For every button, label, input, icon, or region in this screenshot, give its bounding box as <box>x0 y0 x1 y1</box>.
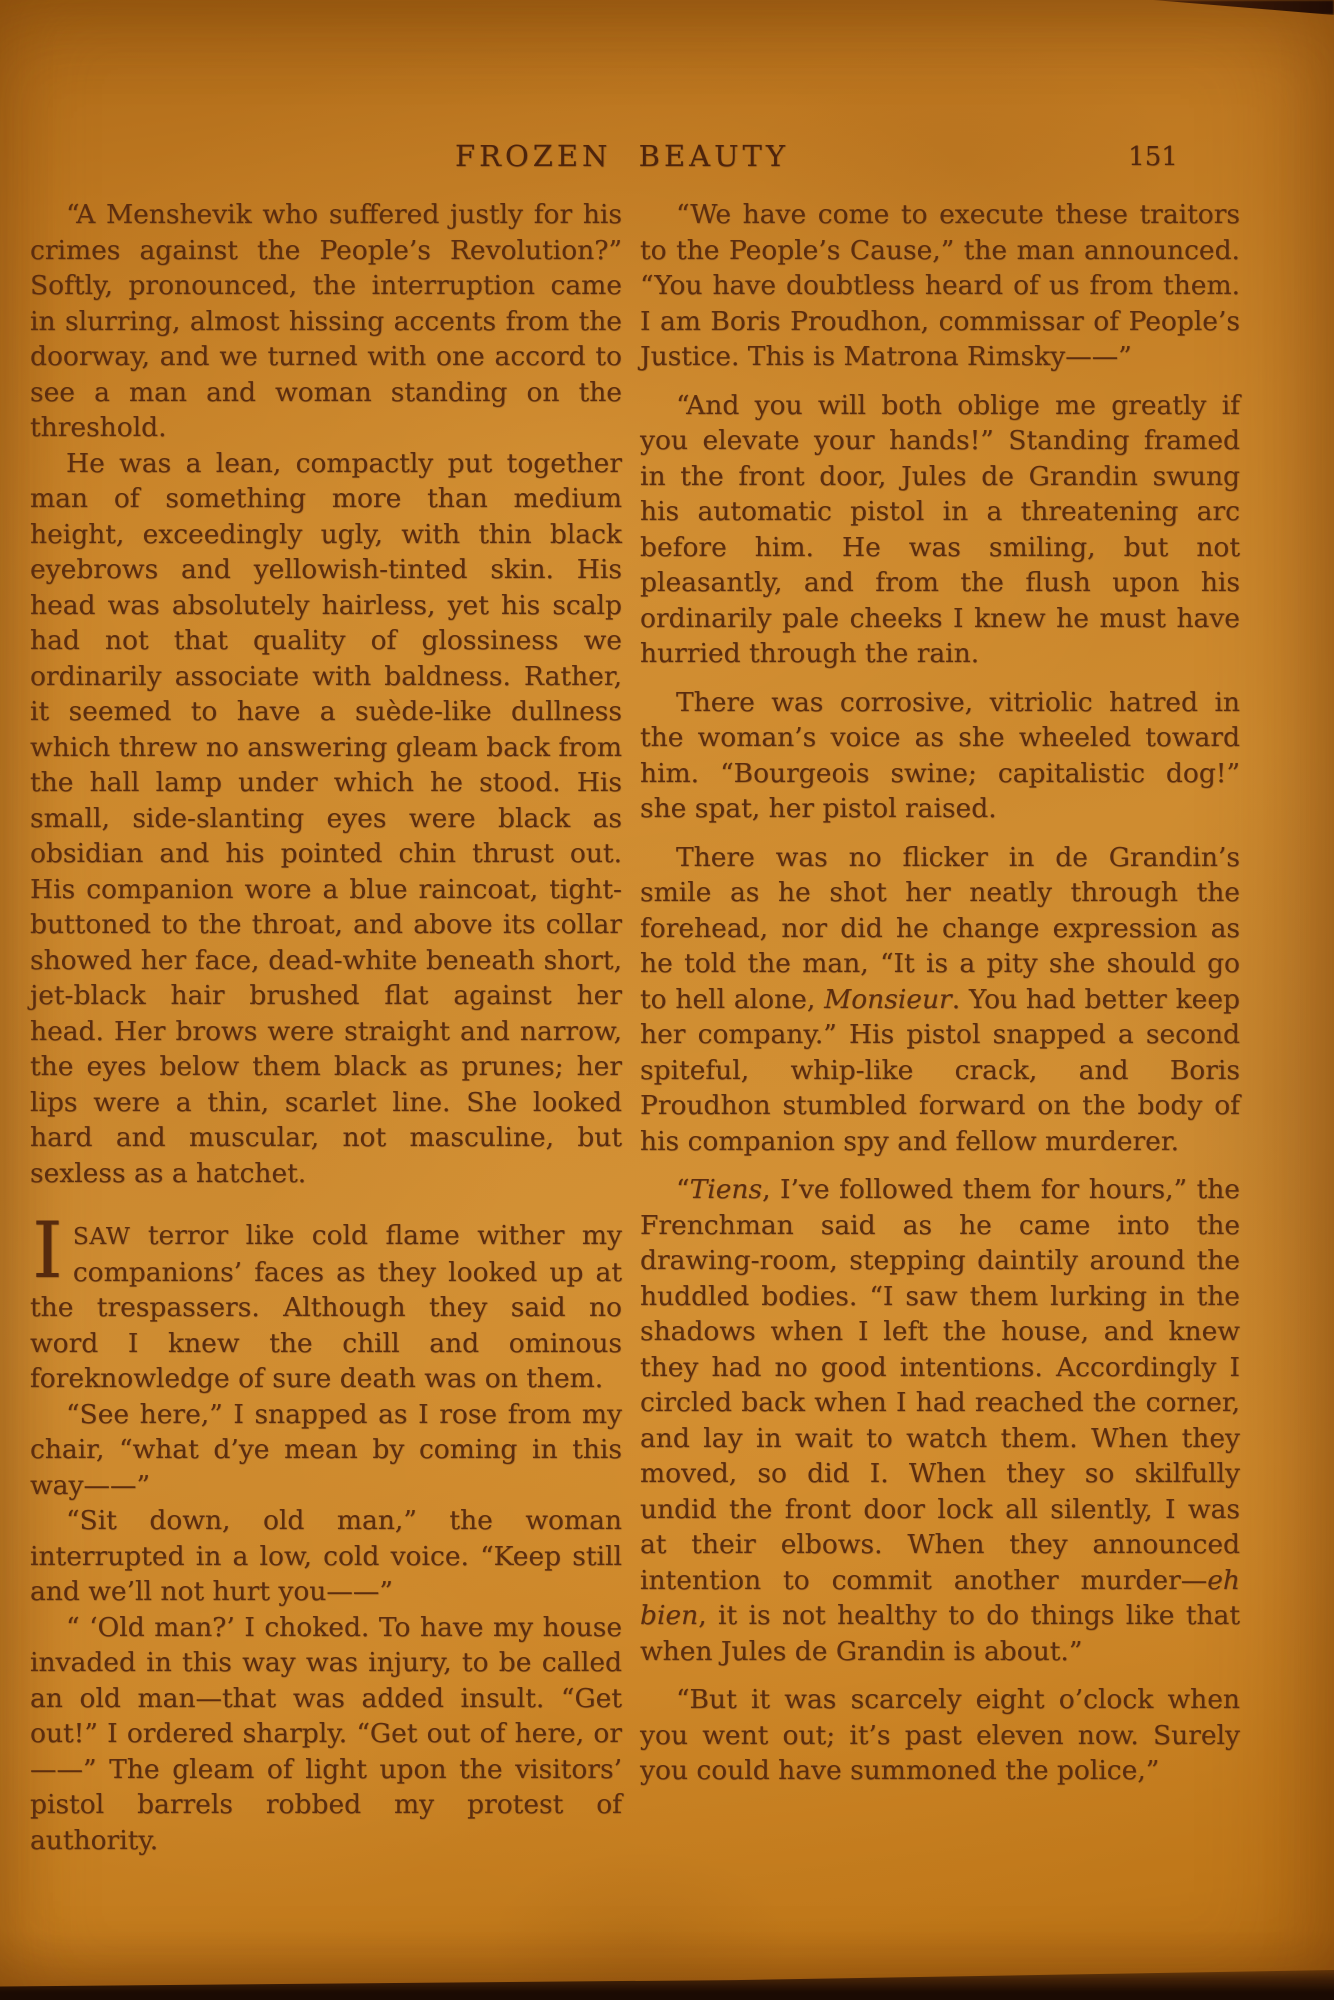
body-text: , I’ve followed them for hours,” the Fre… <box>640 1174 1240 1596</box>
body-text: “ ‘Old man?’ I choked. To have my house … <box>30 1612 622 1856</box>
body-text: , it is not healthy to do things like th… <box>640 1600 1240 1667</box>
body-text: “See here,” I snapped as I rose from my … <box>30 1399 622 1501</box>
italic-text: Monsieur <box>824 984 952 1015</box>
paragraph: “Tiens, I’ve followed them for hours,” t… <box>640 1172 1240 1669</box>
body-text: “A Menshevik who suffered justly for his… <box>30 199 622 443</box>
body-text: “We have come to execute these traitors … <box>640 199 1240 372</box>
body-text: There was corrosive, vitriolic hatred in… <box>640 687 1240 825</box>
body-text: He was a lean, compactly put together ma… <box>30 448 622 1189</box>
text-column-right: “We have come to execute these traitors … <box>640 197 1240 1789</box>
page-number: 151 <box>1118 142 1188 172</box>
body-text: “And you will both oblige me greatly if … <box>640 390 1240 670</box>
body-text: “ <box>676 1174 690 1205</box>
paragraph: “But it was scarcely eight o’clock when … <box>640 1682 1240 1789</box>
text-column-left: “A Menshevik who suffered justly for his… <box>30 197 622 1858</box>
magazine-page-scan: FROZEN BEAUTY 151 “A Menshevik who suffe… <box>0 0 1334 2000</box>
paragraph: “Sit down, old man,” the woman interrupt… <box>30 1503 622 1610</box>
drop-cap-letter: I <box>30 1218 73 1282</box>
paragraph: “And you will both oblige me greatly if … <box>640 388 1240 672</box>
body-text: “But it was scarcely eight o’clock when … <box>640 1684 1240 1786</box>
body-text: “Sit down, old man,” the woman interrupt… <box>30 1505 622 1607</box>
paragraph: He was a lean, compactly put together ma… <box>30 446 622 1192</box>
running-head-title: FROZEN BEAUTY <box>455 139 789 173</box>
small-caps-text: SAW <box>73 1223 131 1250</box>
page-corner-shadow <box>1124 0 1334 15</box>
paragraph: “We have come to execute these traitors … <box>640 197 1240 375</box>
italic-text: Tiens <box>690 1174 763 1205</box>
paragraph: There was corrosive, vitriolic hatred in… <box>640 685 1240 827</box>
page-bottom-edge-shadow <box>0 1958 1334 2000</box>
paragraph: There was no flicker in de Grandin’s smi… <box>640 840 1240 1160</box>
paragraph: “See here,” I snapped as I rose from my … <box>30 1397 622 1504</box>
paragraph: ISAW terror like cold flame wither my co… <box>30 1218 622 1397</box>
paragraph: “ ‘Old man?’ I choked. To have my house … <box>30 1610 622 1859</box>
paragraph: “A Menshevik who suffered justly for his… <box>30 197 622 446</box>
